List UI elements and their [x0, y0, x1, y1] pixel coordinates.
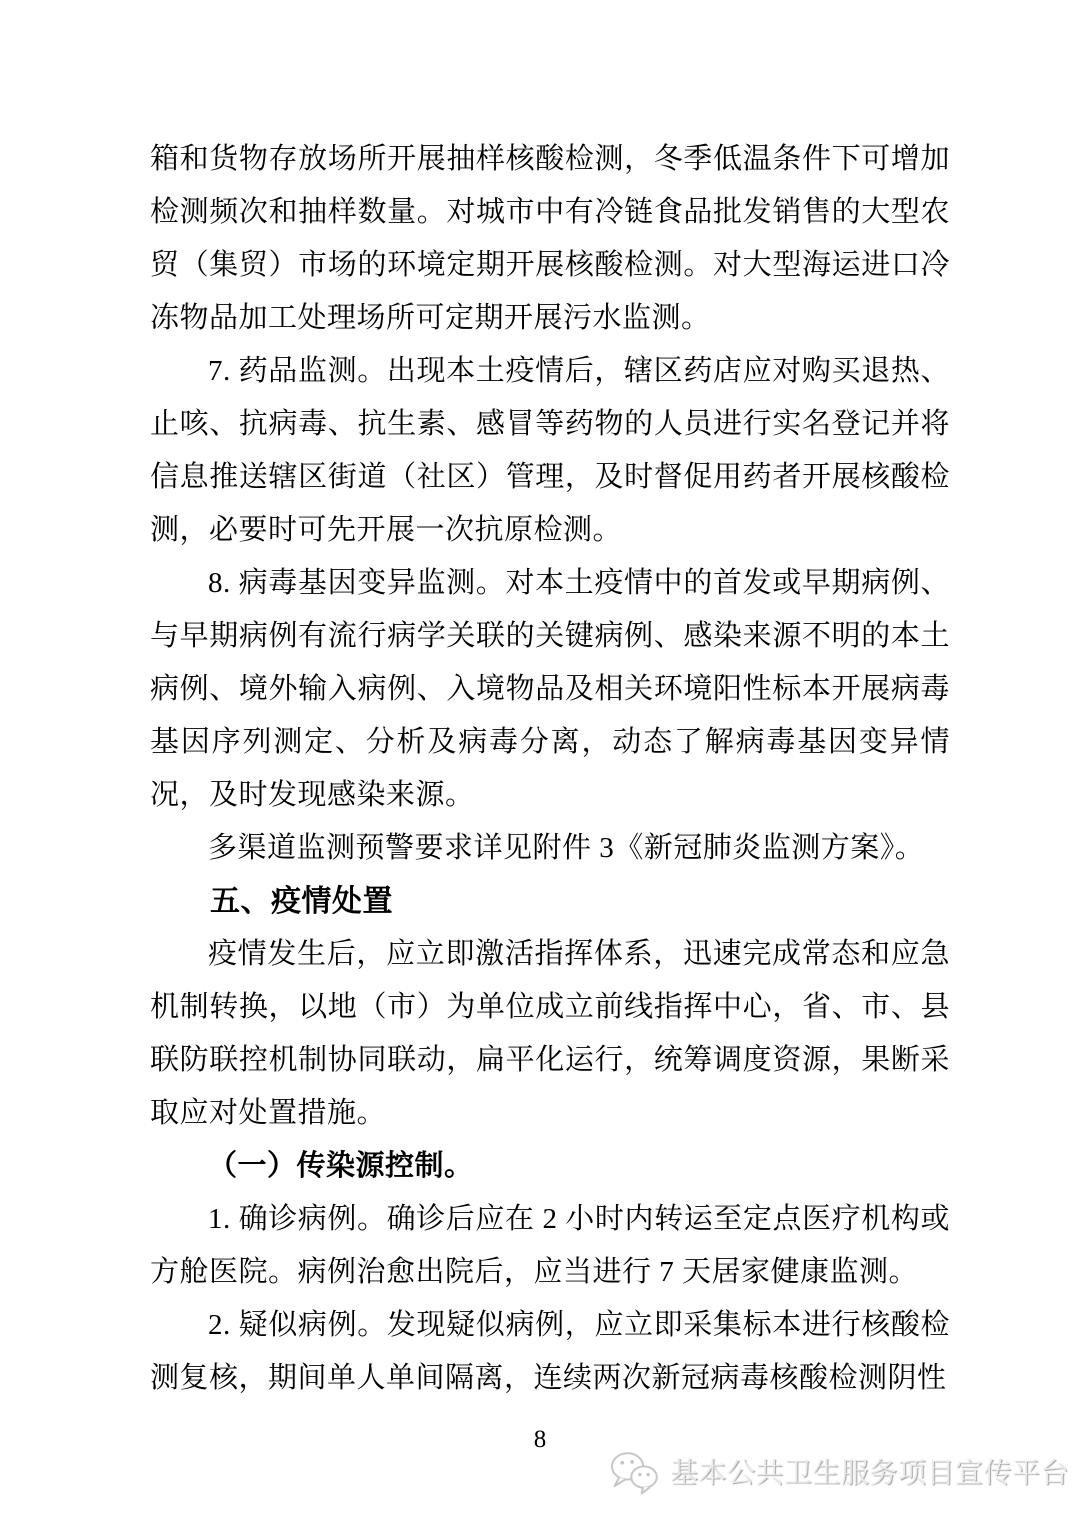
- paragraph-confirmed-cases: 1. 确诊病例。确诊后应在 2 小时内转运至定点医疗机构或方舱医院。病例治愈出院…: [150, 1193, 950, 1299]
- paragraph-multichannel-monitoring-reference: 多渠道监测预警要求详见附件 3《新冠肺炎监测方案》。: [150, 822, 950, 875]
- document-body: 箱和货物存放场所开展抽样核酸检测，冬季低温条件下可增加检测频次和抽样数量。对城市…: [150, 133, 950, 1405]
- paragraph-command-system-activation: 疫情发生后，应立即激活指挥体系，迅速完成常态和应急机制转换，以地（市）为单位成立…: [150, 928, 950, 1140]
- paragraph-virus-gene-variation-monitoring: 8. 病毒基因变异监测。对本土疫情中的首发或早期病例、与早期病例有流行病学关联的…: [150, 557, 950, 822]
- watermark-text: 基本公共卫生服务项目宣传平台: [670, 1450, 1069, 1496]
- subsection-heading-infection-source-control: （一）传染源控制。: [150, 1140, 950, 1193]
- paragraph-cold-chain-monitoring: 箱和货物存放场所开展抽样核酸检测，冬季低温条件下可增加检测频次和抽样数量。对城市…: [150, 133, 950, 345]
- section-heading-epidemic-handling: 五、疫情处置: [150, 875, 950, 928]
- wechat-icon: [608, 1450, 662, 1496]
- paragraph-suspected-cases: 2. 疑似病例。发现疑似病例，应立即采集标本进行核酸检测复核，期间单人单间隔离，…: [150, 1299, 950, 1405]
- document-page: 箱和货物存放场所开展抽样核酸检测，冬季低温条件下可增加检测频次和抽样数量。对城市…: [0, 0, 1080, 1527]
- watermark: 基本公共卫生服务项目宣传平台: [608, 1450, 1069, 1496]
- paragraph-drug-monitoring: 7. 药品监测。出现本土疫情后，辖区药店应对购买退热、止咳、抗病毒、抗生素、感冒…: [150, 345, 950, 557]
